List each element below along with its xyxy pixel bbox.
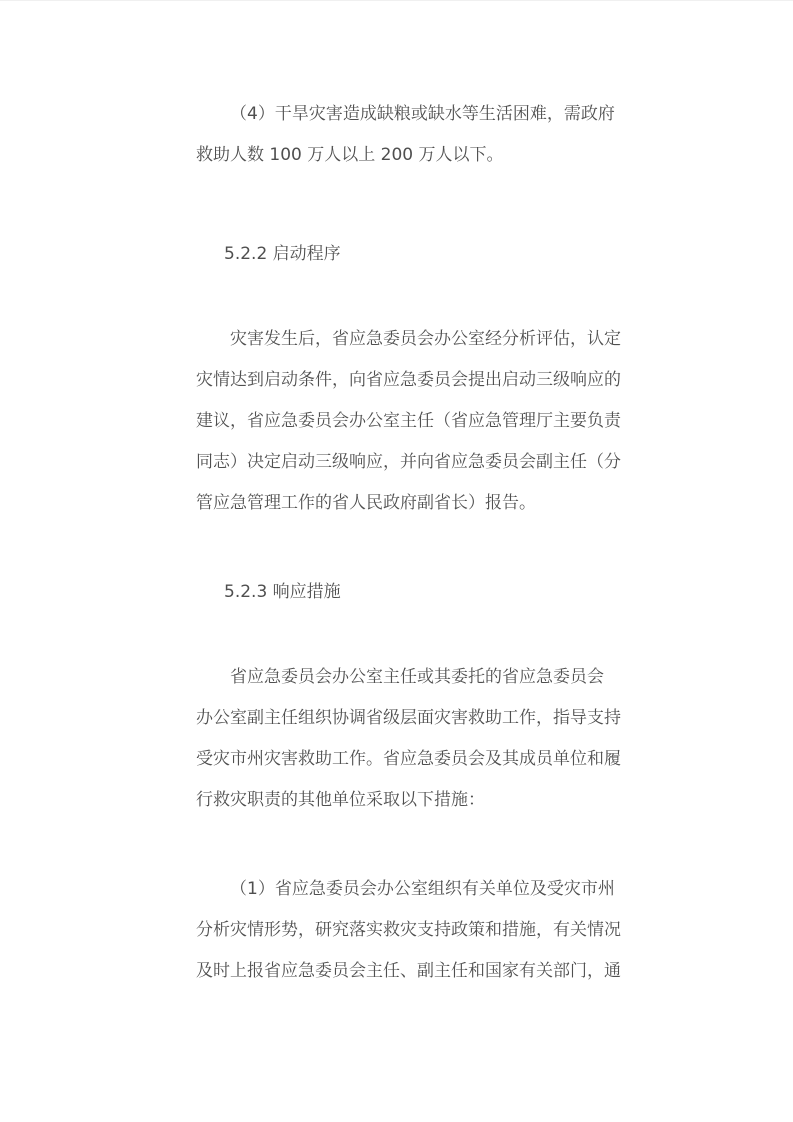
document-content: （4）干旱灾害造成缺粮或缺水等生活困难，需政府 救助人数 100 万人以上 20… <box>196 1 622 992</box>
section-heading-5-2-3: 5.2.3 响应措施 <box>196 572 622 613</box>
paragraph-response-measures-intro: 省应急委员会办公室主任或其委托的省应急委员会 办公室副主任组织协调省级层面灾害救… <box>196 657 622 821</box>
section-heading-5-2-2: 5.2.2 启动程序 <box>196 234 622 275</box>
paragraph-measure-1: （1）省应急委员会办公室组织有关单位及受灾市州 分析灾情形势，研究落实救灾支持政… <box>196 869 622 992</box>
paragraph-startup-procedure: 灾害发生后，省应急委员会办公室经分析评估，认定 灾情达到启动条件，向省应急委员会… <box>196 319 622 524</box>
paragraph-drought-criteria: （4）干旱灾害造成缺粮或缺水等生活困难，需政府 救助人数 100 万人以上 20… <box>196 94 622 176</box>
document-page: （4）干旱灾害造成缺粮或缺水等生活困难，需政府 救助人数 100 万人以上 20… <box>0 0 793 1122</box>
